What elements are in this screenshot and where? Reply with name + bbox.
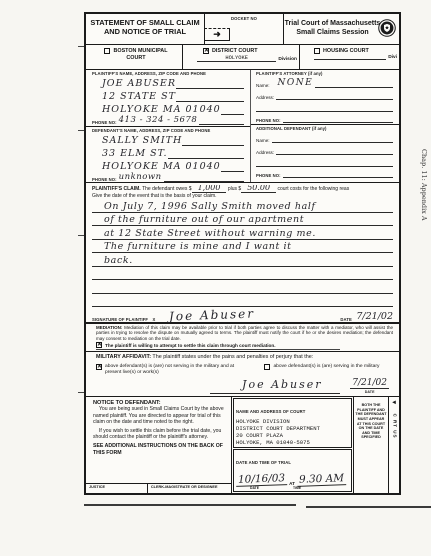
court-use-vertical-text: C RT US [393,414,398,454]
trial-date-value: 10/16/03 [236,472,288,487]
blank-line [256,161,393,167]
court-address-column: NAME AND ADDRESS OF COURT HOLYOKE DIVISI… [231,397,353,493]
must-appear-notice: BOTH THE PLAINTIFF AND THE DEFENDANT MUS… [353,397,388,493]
plaintiff-signature: Joe Abuser [169,307,255,324]
blank-line [272,137,393,143]
military-signature-date: 7/21/02 [350,378,389,389]
scan-artifact-line [84,504,296,506]
defendant-address1: 33 ELM ST. [92,148,168,159]
district-court-label: DISTRICT COURT [212,48,258,54]
trial-date-box: DATE AND TIME OF TRIAL 10/16/03 AT 9.30 … [233,449,352,492]
additional-defendant-group: ADDITIONAL DEFENDANT (if any) Name: Addr… [251,124,399,178]
court-address-box: NAME AND ADDRESS OF COURT HOLYOKE DIVISI… [233,398,352,448]
trial-court-title: Trial Court of Massachusetts Small Claim… [284,14,399,44]
defendant-phone: unknown [119,172,162,182]
mediation-option: ✕ The plaintiff is willing to attempt to… [96,342,340,350]
plaintiff-label: PLAINTIFF'S NAME, ADDRESS, ZIP CODE AND … [92,71,206,76]
additional-defendant-label: ADDITIONAL DEFENDANT (if any) [256,126,327,131]
blank-line [256,106,393,112]
blank-line [276,94,393,100]
form-header: STATEMENT OF SMALL CLAIM AND NOTICE OF T… [86,14,399,45]
court-address-label: NAME AND ADDRESS OF COURT [236,409,305,414]
trial-court-line1: Trial Court of Massachusetts [284,19,381,28]
military-affidavit-section: MILITARY AFFIDAVIT: The plaintiff states… [86,351,399,396]
housing-court-checkbox [314,48,320,54]
bottom-section: NOTICE TO DEFENDANT: You are being sued … [86,396,399,493]
signature-label: SIGNATURE OF PLAINTIFF [92,317,148,322]
blank-line [164,176,244,182]
serving-checkbox [264,364,270,370]
defendant-address2: HOLYOKE MA 01040 [92,161,221,172]
boston-municipal-checkbox [104,48,110,54]
plaintiff-address2: HOLYOKE MA 01040 [92,104,221,115]
district-court-option: ✕ DISTRICT COURT HOLYOKE Division [182,45,300,69]
division-label: Division [278,57,297,62]
plaintiff-phone: 413 - 324 - 5678 [119,115,198,125]
mediation-checkbox-checked: ✕ [96,342,102,348]
right-arrow-glyph: ➜ [213,29,221,39]
docket-label: DOCKET NO [231,16,257,21]
notice-paragraph1: You are being sued in Small Claims Court… [93,406,226,425]
check-mark: ✕ [204,48,209,54]
military-signature-row: Joe Abuser 7/21/02 DATE [96,376,393,394]
massachusetts-seal-icon [378,19,396,40]
military-date-label: DATE [350,390,389,394]
defendant-label: DEFENDANT'S NAME, ADDRESS, ZIP CODE AND … [92,128,210,133]
form-title-line1: STATEMENT OF SMALL CLAIM [86,18,204,27]
arrow-icon: ➜ [204,28,230,41]
blank-line [199,119,244,125]
plaintiff-signature-row: SIGNATURE OF PLAINTIFF X Joe Abuser DATE… [86,307,399,324]
not-serving-checkbox-checked: ✕ [96,364,102,370]
small-claim-form: STATEMENT OF SMALL CLAIM AND NOTICE OF T… [84,12,401,495]
signature-footer-row: JUSTICE CLERK-MAGISTRATE OR DESIGNEE [86,483,231,493]
plaintiff-phone-label: PHONE NO: [92,120,117,125]
attorney-label: PLAINTIFF'S ATTORNEY (if any) [256,71,323,76]
claim-text-line: at 12 State Street without warning me. [92,228,316,239]
mediation-heading: MEDIATION: [96,325,122,330]
claim-text-line: The furniture is mine and I want it [92,241,292,252]
military-heading: MILITARY AFFIDAVIT: [96,354,151,360]
blank-line [283,172,393,178]
blank-ruled-line [92,280,393,294]
housing-court-option: HOUSING COURT Divi [300,45,399,69]
blank-line [276,149,393,155]
district-division-value: HOLYOKE [197,55,276,62]
down-arrow-glyph: ◄ [391,400,397,406]
court-use-strip: ◄ C RT US [388,397,399,493]
boston-municipal-option: BOSTON MUNICIPAL COURT [86,45,182,69]
notice-to-defendant: NOTICE TO DEFENDANT: You are being sued … [86,397,231,493]
claim-intro-line: PLAINTIFF'S CLAIM. The defendant owes $ … [92,185,393,193]
trial-court-line2: Small Claims Session [284,28,381,37]
see-back-instruction: SEE ADDITIONAL INSTRUCTIONS ON THE BACK … [93,443,226,455]
scan-artifact-line [306,506,431,508]
margin-note: Chap. 11: Appendix A [420,149,428,159]
attorney-column: PLAINTIFF'S ATTORNEY (if any) Name:NONE … [250,70,399,182]
claim-amount: 1,000 [192,185,227,193]
military-signature: Joe Abuser [242,378,323,391]
additional-defendant-name-label: Name: [256,138,270,143]
attorney-name-label: Name: [256,83,270,88]
check-mark: ✕ [97,342,102,348]
blank-ruled-line [92,267,393,281]
claim-instruction: Give the date of the event that is the b… [92,193,217,200]
mediation-text: Mediation of this claim may be available… [96,325,393,341]
mediation-section: MEDIATION: Mediation of this claim may b… [86,324,399,351]
parties-section: PLAINTIFF'S NAME, ADDRESS, ZIP CODE AND … [86,70,399,182]
claim-plus-text: plus $ [228,186,241,193]
boston-municipal-label2: COURT [92,55,180,62]
plaintiff-address1: 12 STATE ST [92,91,176,102]
claim-text-line: of the furniture out of our apartment [92,214,304,225]
clerk-magistrate-label: CLERK-MAGISTRATE OR DESIGNEE [147,484,231,493]
court-address-line: HOLYOKE, MA 01040-5075 [236,439,349,446]
additional-defendant-phone-label: PHONE NO: [256,173,281,178]
division-label-cut: Divi [388,55,397,60]
defendant-phone-label: PHONE NO: [92,177,117,182]
form-title: STATEMENT OF SMALL CLAIM AND NOTICE OF T… [86,14,204,44]
docket-number-box: DOCKET NO ➜ [204,14,284,44]
claim-court-costs: 50.00 [241,185,276,193]
defendant-group: DEFENDANT'S NAME, ADDRESS, ZIP CODE AND … [86,126,250,182]
housing-court-label: HOUSING COURT [323,48,369,54]
signature-date-label: DATE [340,317,352,322]
date-sub-label: DATE [250,486,259,490]
court-address-line: DISTRICT COURT DEPARTMENT [236,425,349,432]
court-selection-row: BOSTON MUNICIPAL COURT ✕ DISTRICT COURT … [86,45,399,70]
housing-division-blank [314,59,386,60]
plaintiff-defendant-column: PLAINTIFF'S NAME, ADDRESS, ZIP CODE AND … [86,70,250,182]
military-text: The plaintiff states under the pains and… [152,354,313,360]
attorney-name: NONE [272,78,314,88]
claim-text-line: back. [92,255,133,266]
boston-municipal-label: BOSTON MUNICIPAL [113,48,167,55]
mediation-checkbox-label: The plaintiff is willing to attempt to s… [105,343,276,348]
trial-date-label: DATE AND TIME OF TRIAL [236,460,291,465]
attorney-phone-label: PHONE NO: [256,118,281,123]
plaintiff-name: JOE ABUSER [92,78,176,89]
justice-label: JUSTICE [86,484,147,493]
blank-line [283,117,393,123]
signature-date: 7/21/02 [356,311,393,322]
check-mark: ✕ [97,364,102,370]
blank-ruled-line [92,294,393,308]
blank-line [315,82,393,88]
notice-paragraph2: If you wish to settle this claim before … [93,428,226,440]
district-court-checkbox-checked: ✕ [203,48,209,54]
scanned-small-claim-document: { "glyphs": { "check": "✕", "arrow": "➜"… [0,0,431,556]
form-title-line2: AND NOTICE OF TRIAL [86,27,204,36]
attorney-address-label: Address: [256,95,274,100]
plaintiffs-claim-section: PLAINTIFF'S CLAIM. The defendant owes $ … [86,182,399,307]
claim-text-line: On July 7, 1996 Sally Smith moved half [92,201,316,212]
additional-defendant-address-label: Address: [256,150,274,155]
court-address-line: 20 COURT PLAZA [236,432,349,439]
claim-suffix-text: court costs for the following reas [278,186,350,193]
court-address-line: HOLYOKE DIVISION [236,418,349,425]
trial-time-value: 9.30 AM [297,472,346,487]
defendant-name: SALLY SMITH [92,135,182,146]
signature-x-mark: X [153,317,156,322]
